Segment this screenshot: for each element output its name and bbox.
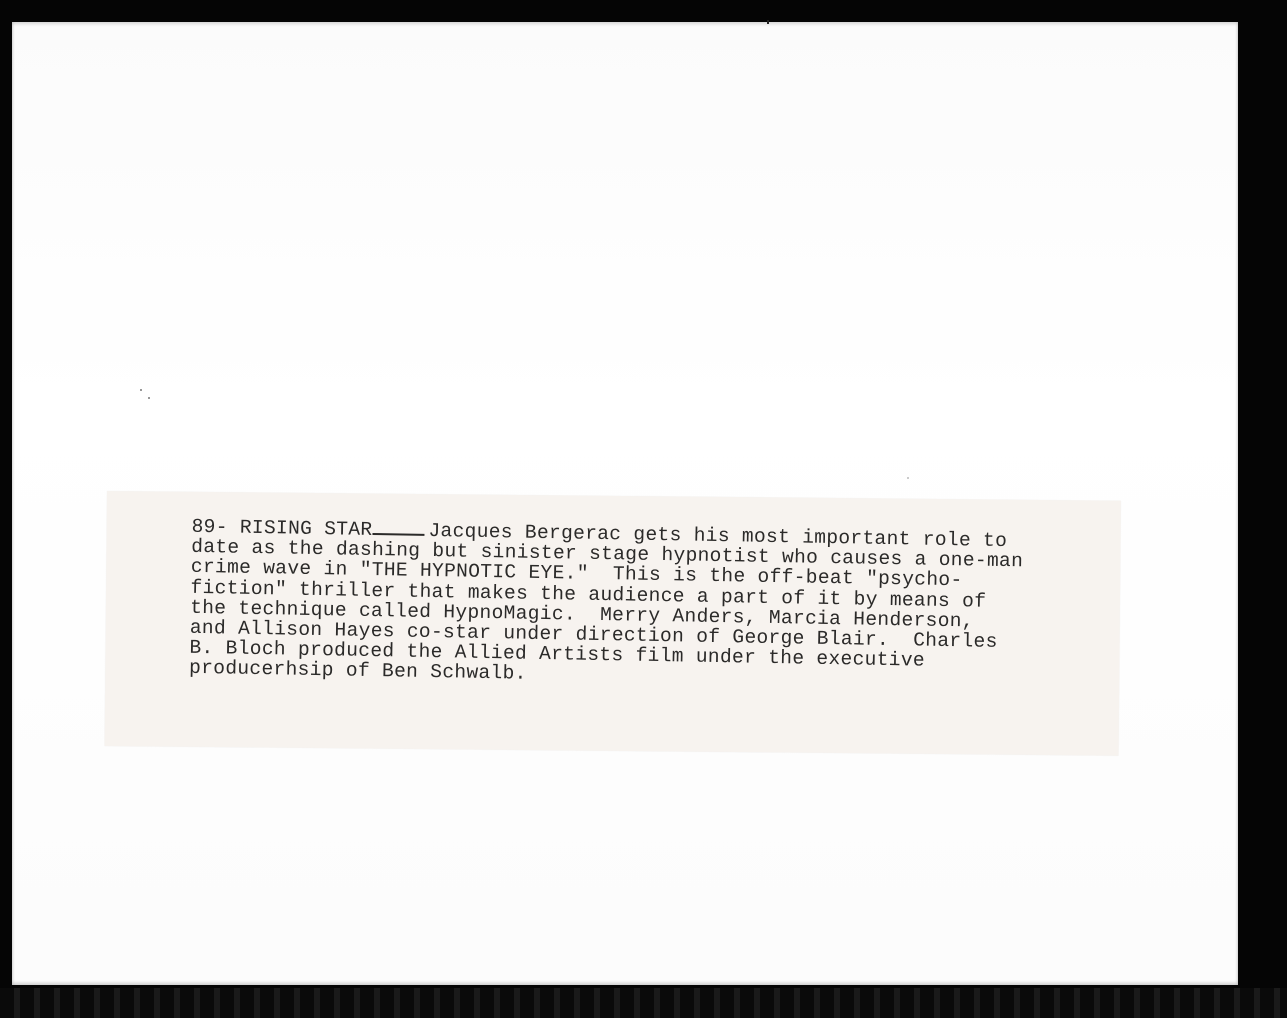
- headline-rule: [372, 519, 424, 536]
- photo-paper: 89- RISING STARJacques Bergerac gets his…: [12, 22, 1238, 985]
- dust-speck: [140, 389, 142, 391]
- caption-text: 89- RISING STARJacques Bergerac gets his…: [189, 516, 1024, 693]
- dust-speck: [907, 477, 909, 479]
- caption-slip: 89- RISING STARJacques Bergerac gets his…: [105, 491, 1121, 756]
- scanner-edge-strip: [0, 988, 1287, 1018]
- scanned-photo-back: 89- RISING STARJacques Bergerac gets his…: [0, 0, 1287, 1018]
- paper-edge-mark: [767, 20, 769, 24]
- caption-number: 89-: [191, 516, 228, 539]
- dust-speck: [148, 397, 150, 399]
